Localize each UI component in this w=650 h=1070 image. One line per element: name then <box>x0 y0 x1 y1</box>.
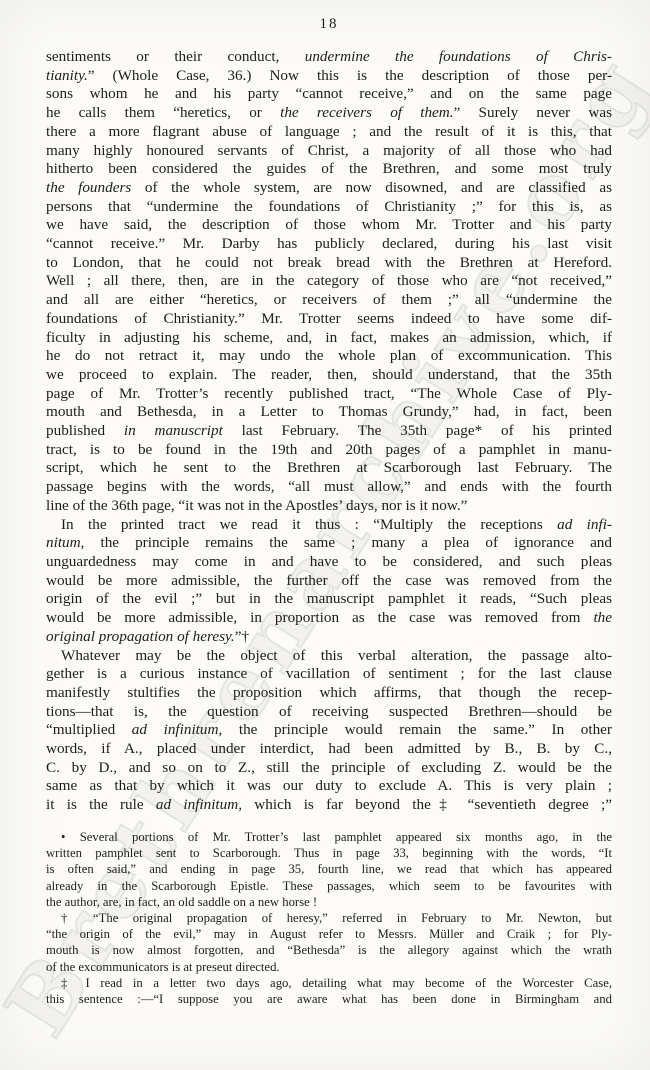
text-segment: is often said,” and ending in page 35, f… <box>46 862 612 876</box>
text-segment: this sentence :—“I suppose you are aware… <box>46 992 612 1006</box>
text-segment: there a more flagrant abuse of language … <box>46 123 612 140</box>
text-line: ‡ I read in a letter two days ago, detai… <box>46 975 612 991</box>
text-line: † “The original propagation of heresy,” … <box>46 910 612 926</box>
text-line: original propagation of heresy.”† <box>46 628 612 647</box>
text-line: mouth and Bethesda, in a Letter to Thoma… <box>46 403 612 422</box>
italic-text: ad infinitum <box>132 721 219 738</box>
text-line: origin of the evil ;” but in the manuscr… <box>46 590 612 609</box>
text-line: Whatever may be the object of this verba… <box>46 647 612 666</box>
text-line: “multiplied ad infinitum, the principle … <box>46 721 612 740</box>
text-segment: to London, that he could not break bread… <box>46 254 612 271</box>
text-line: would be more admissible, in proportion … <box>46 609 612 628</box>
text-line: script, which he sent to the Brethren at… <box>46 459 612 478</box>
text-segment: we have said, the description of those w… <box>46 216 612 233</box>
italic-text: the founders <box>46 179 131 196</box>
text-line: published in manuscript last February. T… <box>46 422 612 441</box>
italic-text: in manuscript <box>124 422 223 439</box>
text-segment: ‡ I read in a letter two days ago, detai… <box>61 976 612 990</box>
text-line: it is the rule ad infinitum, which is fa… <box>46 796 612 815</box>
text-segment: tions—that is, the question of receiving… <box>46 703 612 720</box>
text-segment: he do not retract it, may undo the whole… <box>46 347 612 364</box>
text-segment: we proceed to explain. The reader, then,… <box>46 366 612 383</box>
text-segment: , the principle would remain the same.” … <box>218 721 612 738</box>
text-line: sons whom he and his party “cannot recei… <box>46 85 612 104</box>
text-line: to London, that he could not break bread… <box>46 254 612 273</box>
text-line: already in the Scarborough Epistle. Thes… <box>46 878 612 894</box>
text-segment: ficulty in adjusting his scheme, and, in… <box>46 329 612 346</box>
text-segment: he calls them “heretics, or <box>46 104 280 121</box>
page-number: 18 <box>46 16 612 33</box>
text-segment: already in the Scarborough Epistle. Thes… <box>46 879 612 893</box>
italic-text: tianity. <box>46 67 88 84</box>
text-segment: “multiplied <box>46 721 132 738</box>
text-line: • Several portions of Mr. Trotter’s last… <box>46 829 612 845</box>
text-segment: unguardedness may come in and have to be… <box>46 553 612 570</box>
text-line: many highly honoured servants of Christ,… <box>46 142 612 161</box>
paragraph: sentiments or their conduct, undermine t… <box>46 48 612 516</box>
text-segment: published <box>46 422 124 439</box>
text-line: would be more admissible, the further of… <box>46 572 612 591</box>
text-line: the founders of the whole system, are no… <box>46 179 612 198</box>
text-segment: sentiments or their conduct, <box>46 48 305 65</box>
text-line: gether is a curious instance of vacillat… <box>46 665 612 684</box>
text-line: line of the 36th page, “it was not in th… <box>46 497 612 516</box>
text-segment: passage begins with the words, “all must… <box>46 478 612 495</box>
paragraph: Whatever may be the object of this verba… <box>46 647 612 815</box>
text-segment: sons whom he and his party “cannot recei… <box>46 85 612 102</box>
text-line: ficulty in adjusting his scheme, and, in… <box>46 329 612 348</box>
text-line: tianity.” (Whole Case, 36.) Now this is … <box>46 67 612 86</box>
text-segment: , which is far beyond the‡ “seventieth d… <box>238 796 612 813</box>
text-line: nitum, the principle remains the same ; … <box>46 534 612 553</box>
text-segment: In the printed tract we read it thus : “… <box>61 516 557 533</box>
text-segment: “cannot receive.” Mr. Darby has publicly… <box>46 235 612 252</box>
text-segment: gether is a curious instance of vacillat… <box>46 665 612 682</box>
text-segment: same as that by which it was our duty to… <box>46 777 612 794</box>
text-segment: of the whole system, are now disowned, a… <box>131 179 612 196</box>
text-segment: ” (Whole Case, 36.) Now this is the desc… <box>88 67 612 84</box>
text-segment: C. by D., and so on to Z., still the pri… <box>46 759 612 776</box>
text-segment: mouth is now almost forgotten, and “Beth… <box>46 943 612 957</box>
text-line: In the printed tract we read it thus : “… <box>46 516 612 535</box>
paragraph: In the printed tract we read it thus : “… <box>46 516 612 647</box>
text-segment: ”† <box>235 628 249 645</box>
text-segment: would be more admissible, in proportion … <box>46 609 593 626</box>
text-segment: page of Mr. Trotter’s recently published… <box>46 385 612 402</box>
text-segment: manifestly stultifies the proposition wh… <box>46 684 612 701</box>
text-segment: the author, are, in fact, an old saddle … <box>46 895 317 909</box>
text-line: manifestly stultifies the proposition wh… <box>46 684 612 703</box>
text-segment: mouth and Bethesda, in a Letter to Thoma… <box>46 403 612 420</box>
body-text: sentiments or their conduct, undermine t… <box>46 48 612 815</box>
text-segment: origin of the evil ;” but in the manuscr… <box>46 590 612 607</box>
text-segment: Well ; all there, then, are in the categ… <box>46 272 612 289</box>
scanned-page: Brethrenarchive.org 18 sentiments or the… <box>0 0 650 1070</box>
text-line: of the excommunicators is at preseut dir… <box>46 959 612 975</box>
text-line: he calls them “heretics, or the receiver… <box>46 104 612 123</box>
text-segment: , the principle remains the same ; many … <box>81 534 612 551</box>
text-line: Well ; all there, then, are in the categ… <box>46 272 612 291</box>
italic-text: undermine the foundations of Chris- <box>305 48 612 65</box>
text-line: C. by D., and so on to Z., still the pri… <box>46 759 612 778</box>
text-line: hitherto been considered the guides of t… <box>46 160 612 179</box>
text-line: “cannot receive.” Mr. Darby has publicly… <box>46 235 612 254</box>
text-segment: “the origin of the evil,” may in August … <box>46 927 612 941</box>
text-line: is often said,” and ending in page 35, f… <box>46 861 612 877</box>
text-line: unguardedness may come in and have to be… <box>46 553 612 572</box>
paragraph: • Several portions of Mr. Trotter’s last… <box>46 829 612 910</box>
text-line: this sentence :—“I suppose you are aware… <box>46 991 612 1007</box>
italic-text: original propagation of heresy. <box>46 628 235 645</box>
text-line: there a more flagrant abuse of language … <box>46 123 612 142</box>
text-segment: it is the rule <box>46 796 156 813</box>
text-line: and all are either “heretics, or receive… <box>46 291 612 310</box>
text-line: foundations of Christianity.” Mr. Trotte… <box>46 310 612 329</box>
italic-text: the receivers of them. <box>280 104 453 121</box>
text-segment: Whatever may be the object of this verba… <box>61 647 612 664</box>
text-line: passage begins with the words, “all must… <box>46 478 612 497</box>
text-segment: would be more admissible, the further of… <box>46 572 612 589</box>
text-line: mouth is now almost forgotten, and “Beth… <box>46 942 612 958</box>
italic-text: ad infi- <box>557 516 612 533</box>
text-segment: script, which he sent to the Brethren at… <box>46 459 612 476</box>
text-line: we have said, the description of those w… <box>46 216 612 235</box>
text-line: words, if A., placed under interdict, ha… <box>46 740 612 759</box>
text-segment: † “The original propagation of heresy,” … <box>61 911 612 925</box>
text-line: the author, are, in fact, an old saddle … <box>46 894 612 910</box>
text-segment: many highly honoured servants of Christ,… <box>46 142 612 159</box>
footnotes: • Several portions of Mr. Trotter’s last… <box>46 829 612 1007</box>
text-segment: words, if A., placed under interdict, ha… <box>46 740 612 757</box>
text-line: persons that “undermine the foundations … <box>46 198 612 217</box>
text-line: sentiments or their conduct, undermine t… <box>46 48 612 67</box>
italic-text: the <box>593 609 612 626</box>
text-line: “the origin of the evil,” may in August … <box>46 926 612 942</box>
text-segment: • Several portions of Mr. Trotter’s last… <box>61 830 612 844</box>
text-segment: tract, is to be found in the 19th and 20… <box>46 441 612 458</box>
italic-text: nitum <box>46 534 81 551</box>
paragraph: ‡ I read in a letter two days ago, detai… <box>46 975 612 1007</box>
text-line: page of Mr. Trotter’s recently published… <box>46 385 612 404</box>
text-segment: written pamphlet sent to Scarborough. Th… <box>46 846 612 860</box>
text-line: tract, is to be found in the 19th and 20… <box>46 441 612 460</box>
text-segment: hitherto been considered the guides of t… <box>46 160 612 177</box>
text-line: written pamphlet sent to Scarborough. Th… <box>46 845 612 861</box>
text-segment: persons that “undermine the foundations … <box>46 198 612 215</box>
text-line: tions—that is, the question of receiving… <box>46 703 612 722</box>
text-segment: foundations of Christianity.” Mr. Trotte… <box>46 310 612 327</box>
text-line: same as that by which it was our duty to… <box>46 777 612 796</box>
text-segment: ” Surely never was <box>454 104 612 121</box>
text-segment: of the excommunicators is at preseut dir… <box>46 960 280 974</box>
text-segment: last February. The 35th page* of his pri… <box>223 422 612 439</box>
italic-text: ad infinitum <box>156 796 238 813</box>
text-line: we proceed to explain. The reader, then,… <box>46 366 612 385</box>
text-line: he do not retract it, may undo the whole… <box>46 347 612 366</box>
text-segment: line of the 36th page, “it was not in th… <box>46 497 467 514</box>
paragraph: † “The original propagation of heresy,” … <box>46 910 612 975</box>
text-segment: and all are either “heretics, or receive… <box>46 291 612 308</box>
